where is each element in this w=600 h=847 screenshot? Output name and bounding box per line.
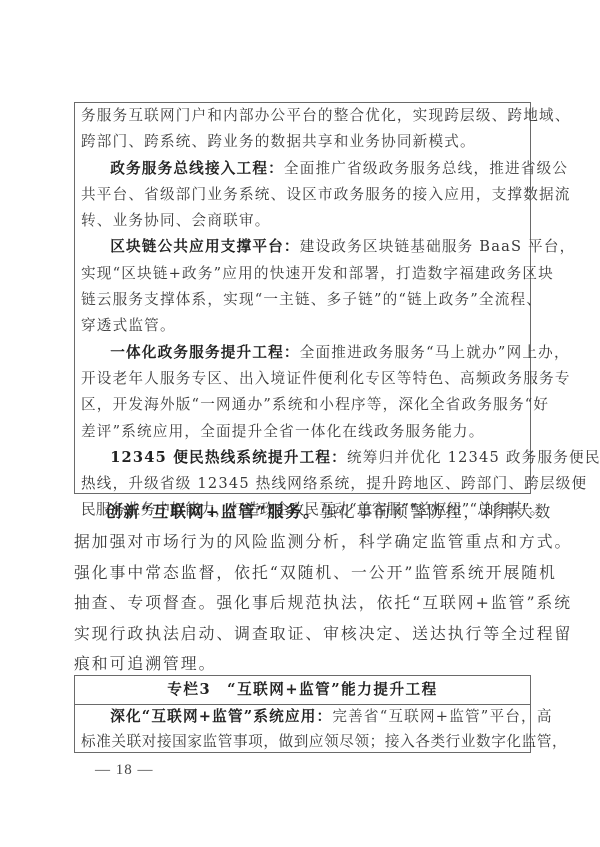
item-text: 全面推广省级政务服务总线，推进省级公 — [284, 160, 568, 177]
item-title: 12345 便民热线系统提升工程： — [110, 449, 347, 466]
box1-line: 务服务互联网门户和内部办公平台的整合优化，实现跨层级、跨地域、 — [81, 103, 524, 129]
body-paragraph-supervision: 创新“互联网+监管”服务。强化事前预警防控，利用大数 据加强对市场行为的风险监测… — [74, 497, 531, 679]
paragraph-text: 强化事前预警防控，利用大数 — [321, 502, 552, 521]
item-text: 共平台、省级部门业务系统、设区市政务服务的接入应用，支撑数据流 — [81, 182, 524, 208]
item-text: 实现“区块链+政务”应用的快速开发和部署，打造数字福建政务区块 — [81, 261, 524, 287]
item-title: 区块链公共应用支撑平台： — [110, 238, 300, 255]
item-title: 深化“互联网+监管”系统应用： — [110, 708, 332, 725]
item-text: 标准关联对接国家监管事项，做到应领尽领；接入各类行业数字化监管， — [81, 730, 524, 755]
paragraph-text: 抽查、专项督查。强化事后规范执法，依托“互联网+监管”系统 — [74, 588, 531, 618]
item-text: 建设政务区块链基础服务 BaaS 平台， — [300, 238, 576, 255]
box-heading: 专栏3 “互联网+监管”能力提升工程 — [75, 676, 530, 705]
box1-item-blockchain: 区块链公共应用支撑平台：建设政务区块链基础服务 BaaS 平台， 实现“区块链+… — [81, 234, 524, 339]
item-text: 差评”系统应用，全面提升全省一体化在线政务服务能力。 — [81, 419, 524, 445]
paragraph-text: 实现行政执法启动、调查取证、审核决定、送达执行等全过程留 — [74, 619, 531, 649]
item-text: 热线，升级省级 12345 热线网络系统，提升跨地区、跨部门、跨层级便 — [81, 471, 524, 497]
paragraph-text: 据加强对市场行为的风险监测分析，科学确定监管重点和方式。 — [74, 527, 531, 557]
item-text: 转、业务协同、会商联审。 — [81, 208, 524, 234]
item-text: 统筹归并优化 12345 政务服务便民 — [347, 449, 600, 466]
document-page: 务服务互联网门户和内部办公平台的整合优化，实现跨层级、跨地域、 跨部门、跨系统、… — [0, 0, 600, 847]
item-text: 全面推进政务服务“马上就办”网上办， — [300, 344, 570, 361]
paragraph-title: 创新“互联网+监管”服务。 — [106, 502, 321, 521]
page-number: — 18 — — [95, 762, 154, 779]
paragraph-text: 强化事中常态监督，依托“双随机、一公开”监管系统开展随机 — [74, 558, 531, 588]
item-text: 开设老年人服务专区、出入境证件便利化专区等特色、高频政务服务专 — [81, 366, 524, 392]
item-text: 穿透式监管。 — [81, 313, 524, 339]
item-text: 区，开发海外版“一网通办”系统和小程序等，深化全省政务服务“好 — [81, 392, 524, 418]
box1-item-bus: 政务服务总线接入工程：全面推广省级政务服务总线，推进省级公 共平台、省级部门业务… — [81, 156, 524, 235]
item-text: 完善省“互联网+监管”平台，高 — [332, 708, 552, 725]
project-box-3: 专栏3 “互联网+监管”能力提升工程 深化“互联网+监管”系统应用：完善省“互联… — [74, 675, 531, 753]
box1-item-integrated-service: 一体化政务服务提升工程：全面推进政务服务“马上就办”网上办， 开设老年人服务专区… — [81, 340, 524, 445]
box1-line: 跨部门、跨系统、跨业务的数据共享和业务协同新模式。 — [81, 129, 524, 155]
project-box-1: 务服务互联网门户和内部办公平台的整合优化，实现跨层级、跨地域、 跨部门、跨系统、… — [74, 102, 531, 494]
item-text: 链云服务支撑体系，实现“一主链、多子链”的“链上政务”全流程、 — [81, 287, 524, 313]
item-title: 一体化政务服务提升工程： — [110, 344, 300, 361]
item-title: 政务服务总线接入工程： — [110, 160, 284, 177]
